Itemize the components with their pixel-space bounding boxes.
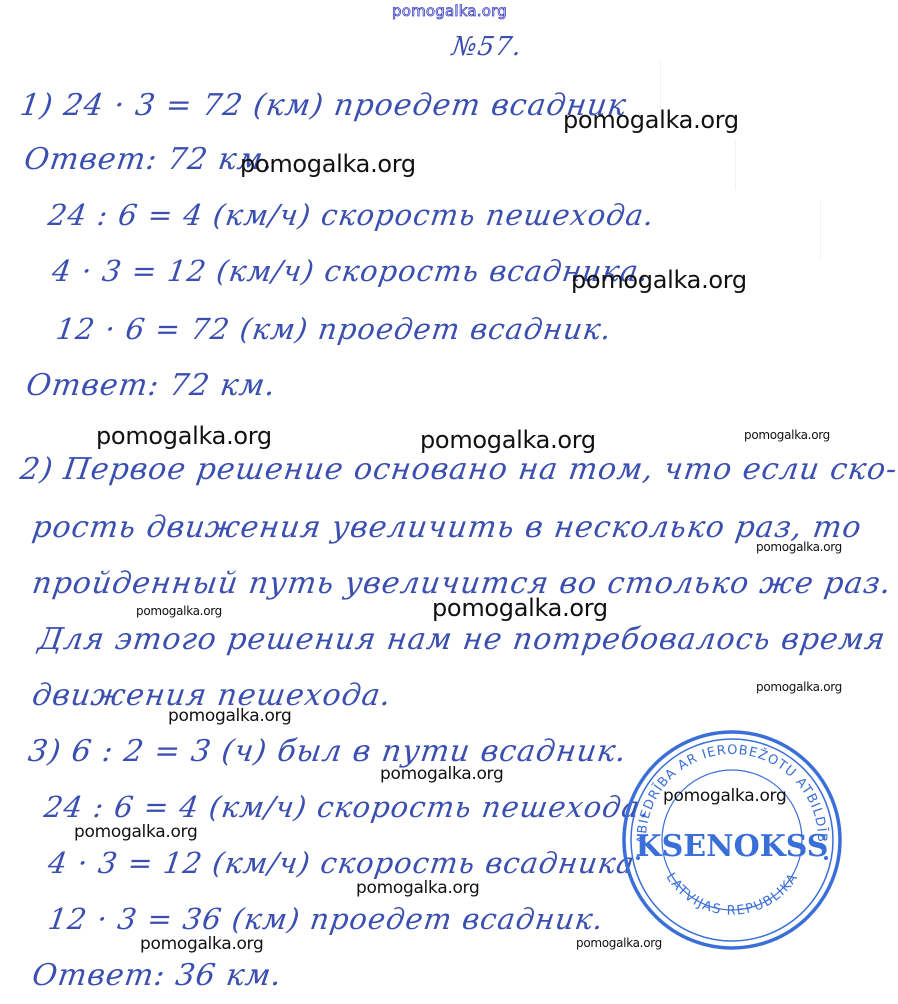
watermark: pomogalka.org (140, 934, 263, 954)
part1-line3: 4 · 3 = 12 (км/ч) скорость всадника. (50, 254, 651, 288)
part1-line1: 1) 24 · 3 = 72 (км) проедет всадник (18, 88, 629, 123)
watermark: pomogalka.org (563, 106, 739, 134)
watermark: pomogalka.org (571, 266, 747, 294)
part3-answer: Ответ: 36 км. (30, 958, 284, 993)
watermark: pomogalka.org (380, 764, 503, 784)
stamp-center-text: KSENOKSS (636, 829, 829, 864)
watermark: pomogalka.org (756, 680, 842, 694)
watermark: pomogalka.org (74, 822, 197, 842)
watermark: pomogalka.org (432, 594, 608, 622)
watermark: pomogalka.org (240, 150, 416, 178)
part3-line2: 24 : 6 = 4 (км/ч) скорость пешехода. (42, 790, 653, 824)
watermark: pomogalka.org (420, 426, 596, 454)
part1-line2: 24 : 6 = 4 (км/ч) скорость пешехода. (46, 198, 657, 232)
grid-ghost (735, 140, 736, 190)
watermark: pomogalka.org (744, 428, 830, 442)
watermark-top: pomogalka.org (392, 2, 507, 20)
part2-line4: Для этого решения нам не потребовалось в… (36, 622, 888, 657)
part1-answer1: Ответ: 72 км. (22, 142, 276, 177)
watermark: pomogalka.org (756, 540, 842, 554)
part3-line1: 3) 6 : 2 = 3 (ч) был в пути всадник. (26, 734, 629, 769)
part3-line4: 12 · 3 = 36 (км) проедет всадник. (46, 902, 606, 936)
part1-answer2: Ответ: 72 км. (24, 368, 278, 403)
watermark: pomogalka.org (576, 936, 662, 950)
watermark: pomogalka.org (168, 706, 291, 726)
grid-ghost (820, 200, 821, 260)
watermark: pomogalka.org (663, 786, 786, 806)
homework-page: pomogalka.org №57. 1) 24 · 3 = 72 (км) п… (0, 0, 898, 1004)
watermark: pomogalka.org (356, 878, 479, 898)
part2-line2: рость движения увеличить в несколько раз… (30, 510, 864, 545)
company-stamp: SABIEDRĪBA AR IEROBEŽOTU ATBILDĪBU LATVI… (618, 726, 846, 954)
part1-line4: 12 · 6 = 72 (км) проедет всадник. (54, 312, 614, 346)
watermark: pomogalka.org (96, 422, 272, 450)
stamp-outer-bottom: LATVIJAS REPUBLIKA (662, 870, 801, 918)
part2-line1: 2) Первое решение основано на том, что е… (18, 452, 898, 487)
task-number: №57. (450, 32, 524, 62)
watermark: pomogalka.org (136, 604, 222, 618)
part3-line3: 4 · 3 = 12 (км/ч) скорость всадника (46, 846, 637, 880)
